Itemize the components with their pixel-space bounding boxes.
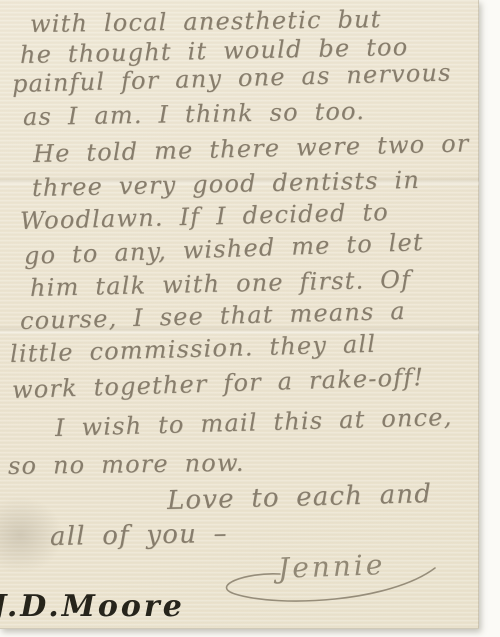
signature: Jennie [277, 548, 385, 585]
handwritten-line: so no more now. [8, 449, 245, 480]
handwritten-line: Woodlawn. If I decided to [20, 198, 390, 235]
name-stamp: J.D.Moore [0, 589, 185, 624]
handwritten-line: him talk with one first. Of [30, 265, 412, 302]
handwritten-line: He told me there were two or [33, 129, 470, 168]
handwritten-line: Love to each and [167, 479, 433, 516]
handwritten-line: three very good dentists in [32, 166, 421, 202]
handwritten-line: as I am. I think so too. [23, 97, 366, 131]
handwritten-line: I wish to mail this at once, [55, 403, 453, 442]
handwritten-line: with local anesthetic but [30, 5, 382, 38]
handwritten-line: go to any, wished me to let [24, 228, 425, 270]
handwritten-line: all of you – [50, 519, 228, 552]
handwritten-line: course, I see that means a [20, 297, 407, 335]
handwritten-line: work together for a rake-off! [12, 363, 425, 404]
scanned-letter: with local anesthetic but he thought it … [0, 0, 500, 637]
letter-paper: with local anesthetic but he thought it … [0, 0, 479, 629]
handwritten-line: little commission. they all [10, 330, 377, 368]
